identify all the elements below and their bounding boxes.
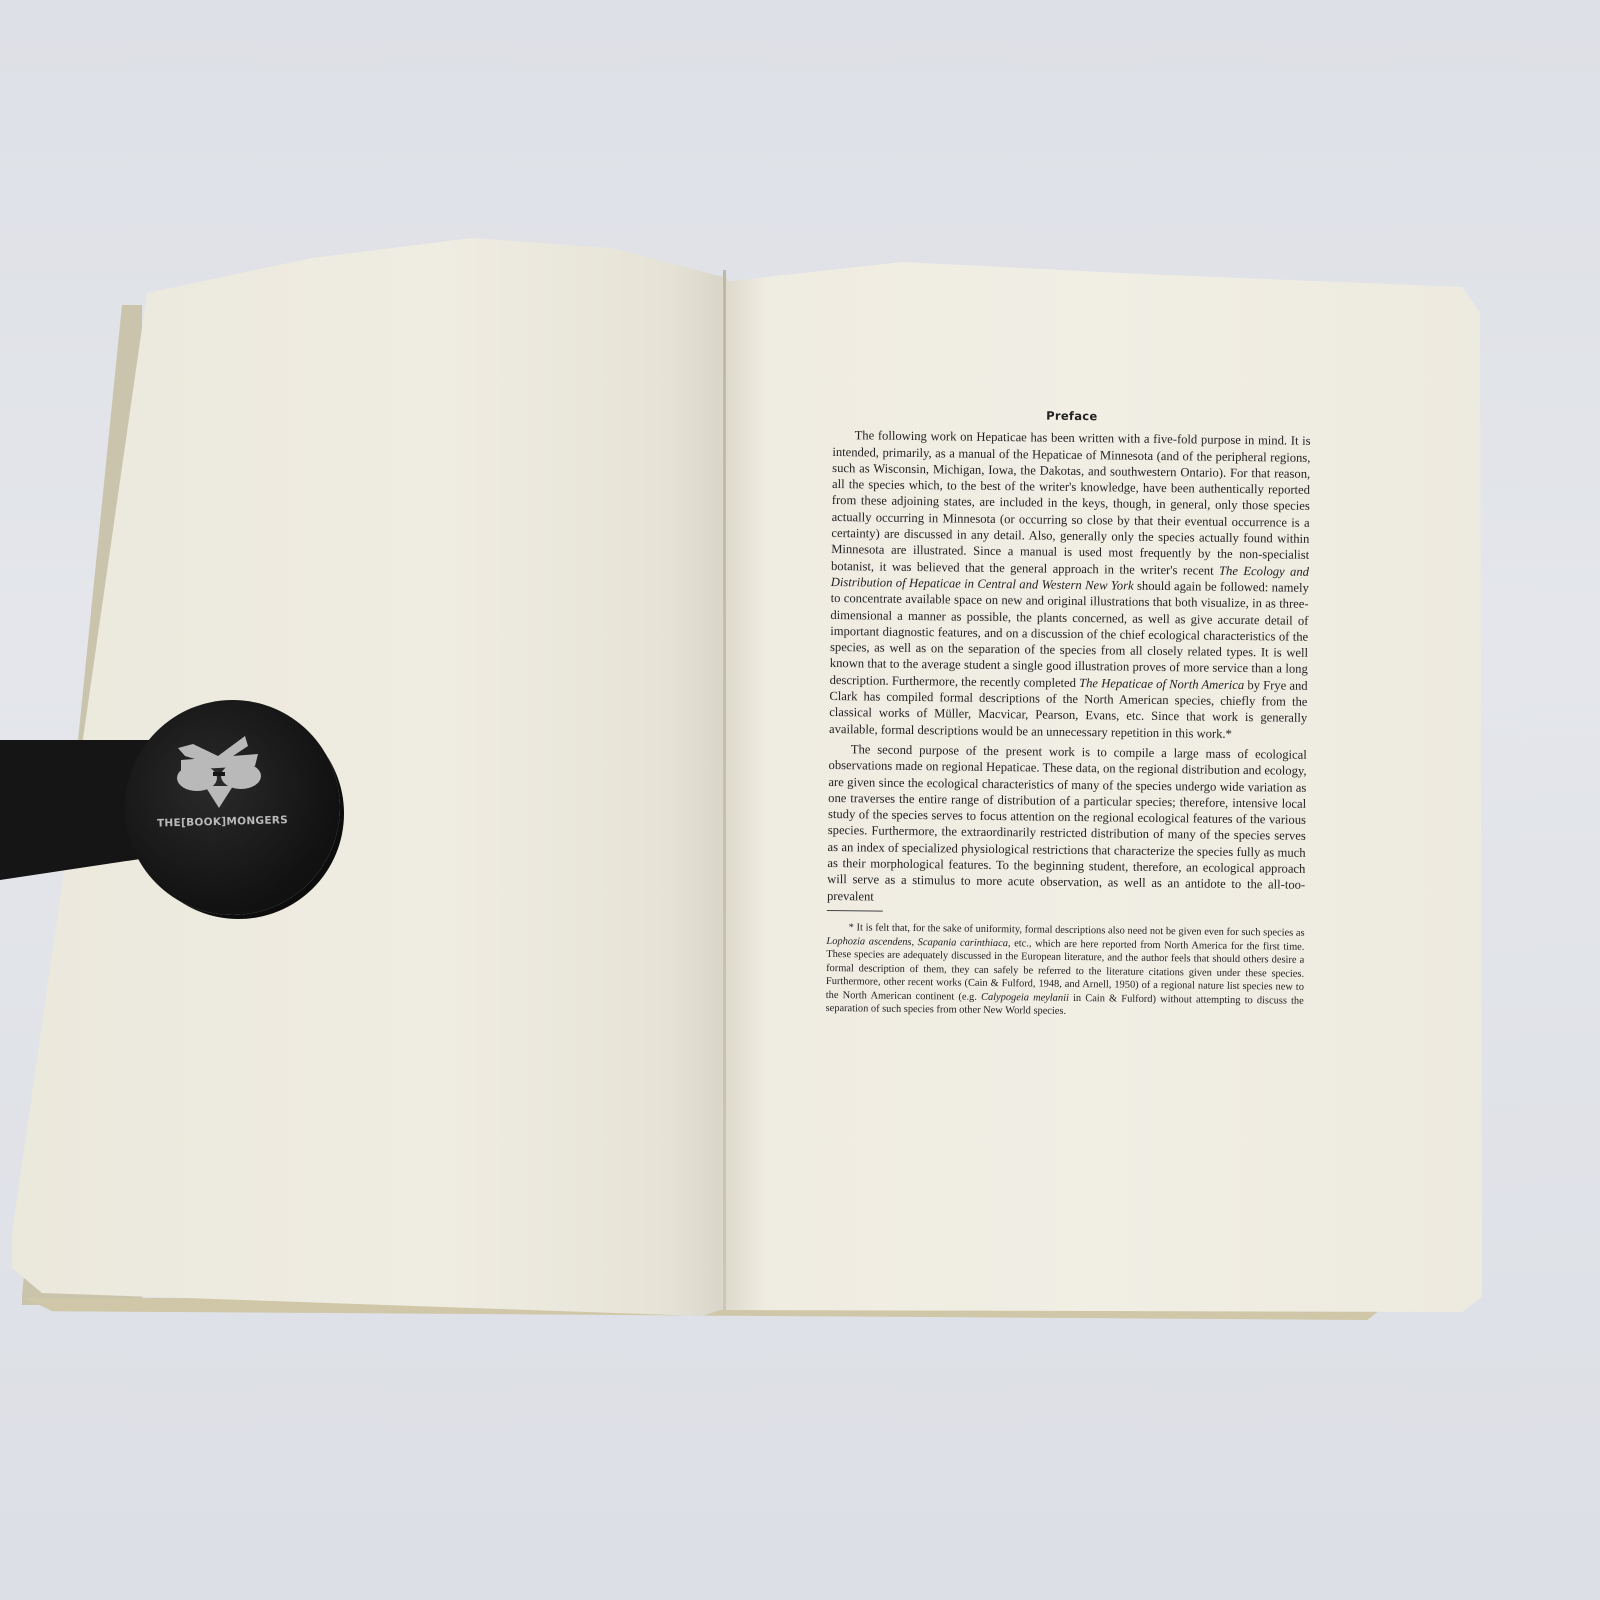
footnote: * It is felt that, for the sake of unifo… (826, 921, 1305, 1022)
paragraph-text: The following work on Hepaticae has been… (831, 429, 1311, 578)
photo-scene: Preface The following work on Hepaticae … (0, 0, 1600, 1600)
paragraph-2: The second purpose of the present work i… (827, 741, 1307, 910)
species-italic: Lophozia ascendens, Scapania carinthiaca… (826, 935, 1010, 948)
footnote-divider (827, 910, 883, 912)
paragraph-text: should again be followed: namely to conc… (830, 579, 1309, 690)
preface-text-block: Preface The following work on Hepaticae … (826, 405, 1311, 1022)
species-italic: Calypogeia meylanii (981, 992, 1069, 1004)
book-gutter (723, 270, 726, 1310)
book-title-italic: The Hepaticae of North America (1079, 676, 1244, 692)
paragraph-1: The following work on Hepaticae has been… (829, 427, 1311, 742)
book-glasses-logo-icon (163, 730, 273, 810)
